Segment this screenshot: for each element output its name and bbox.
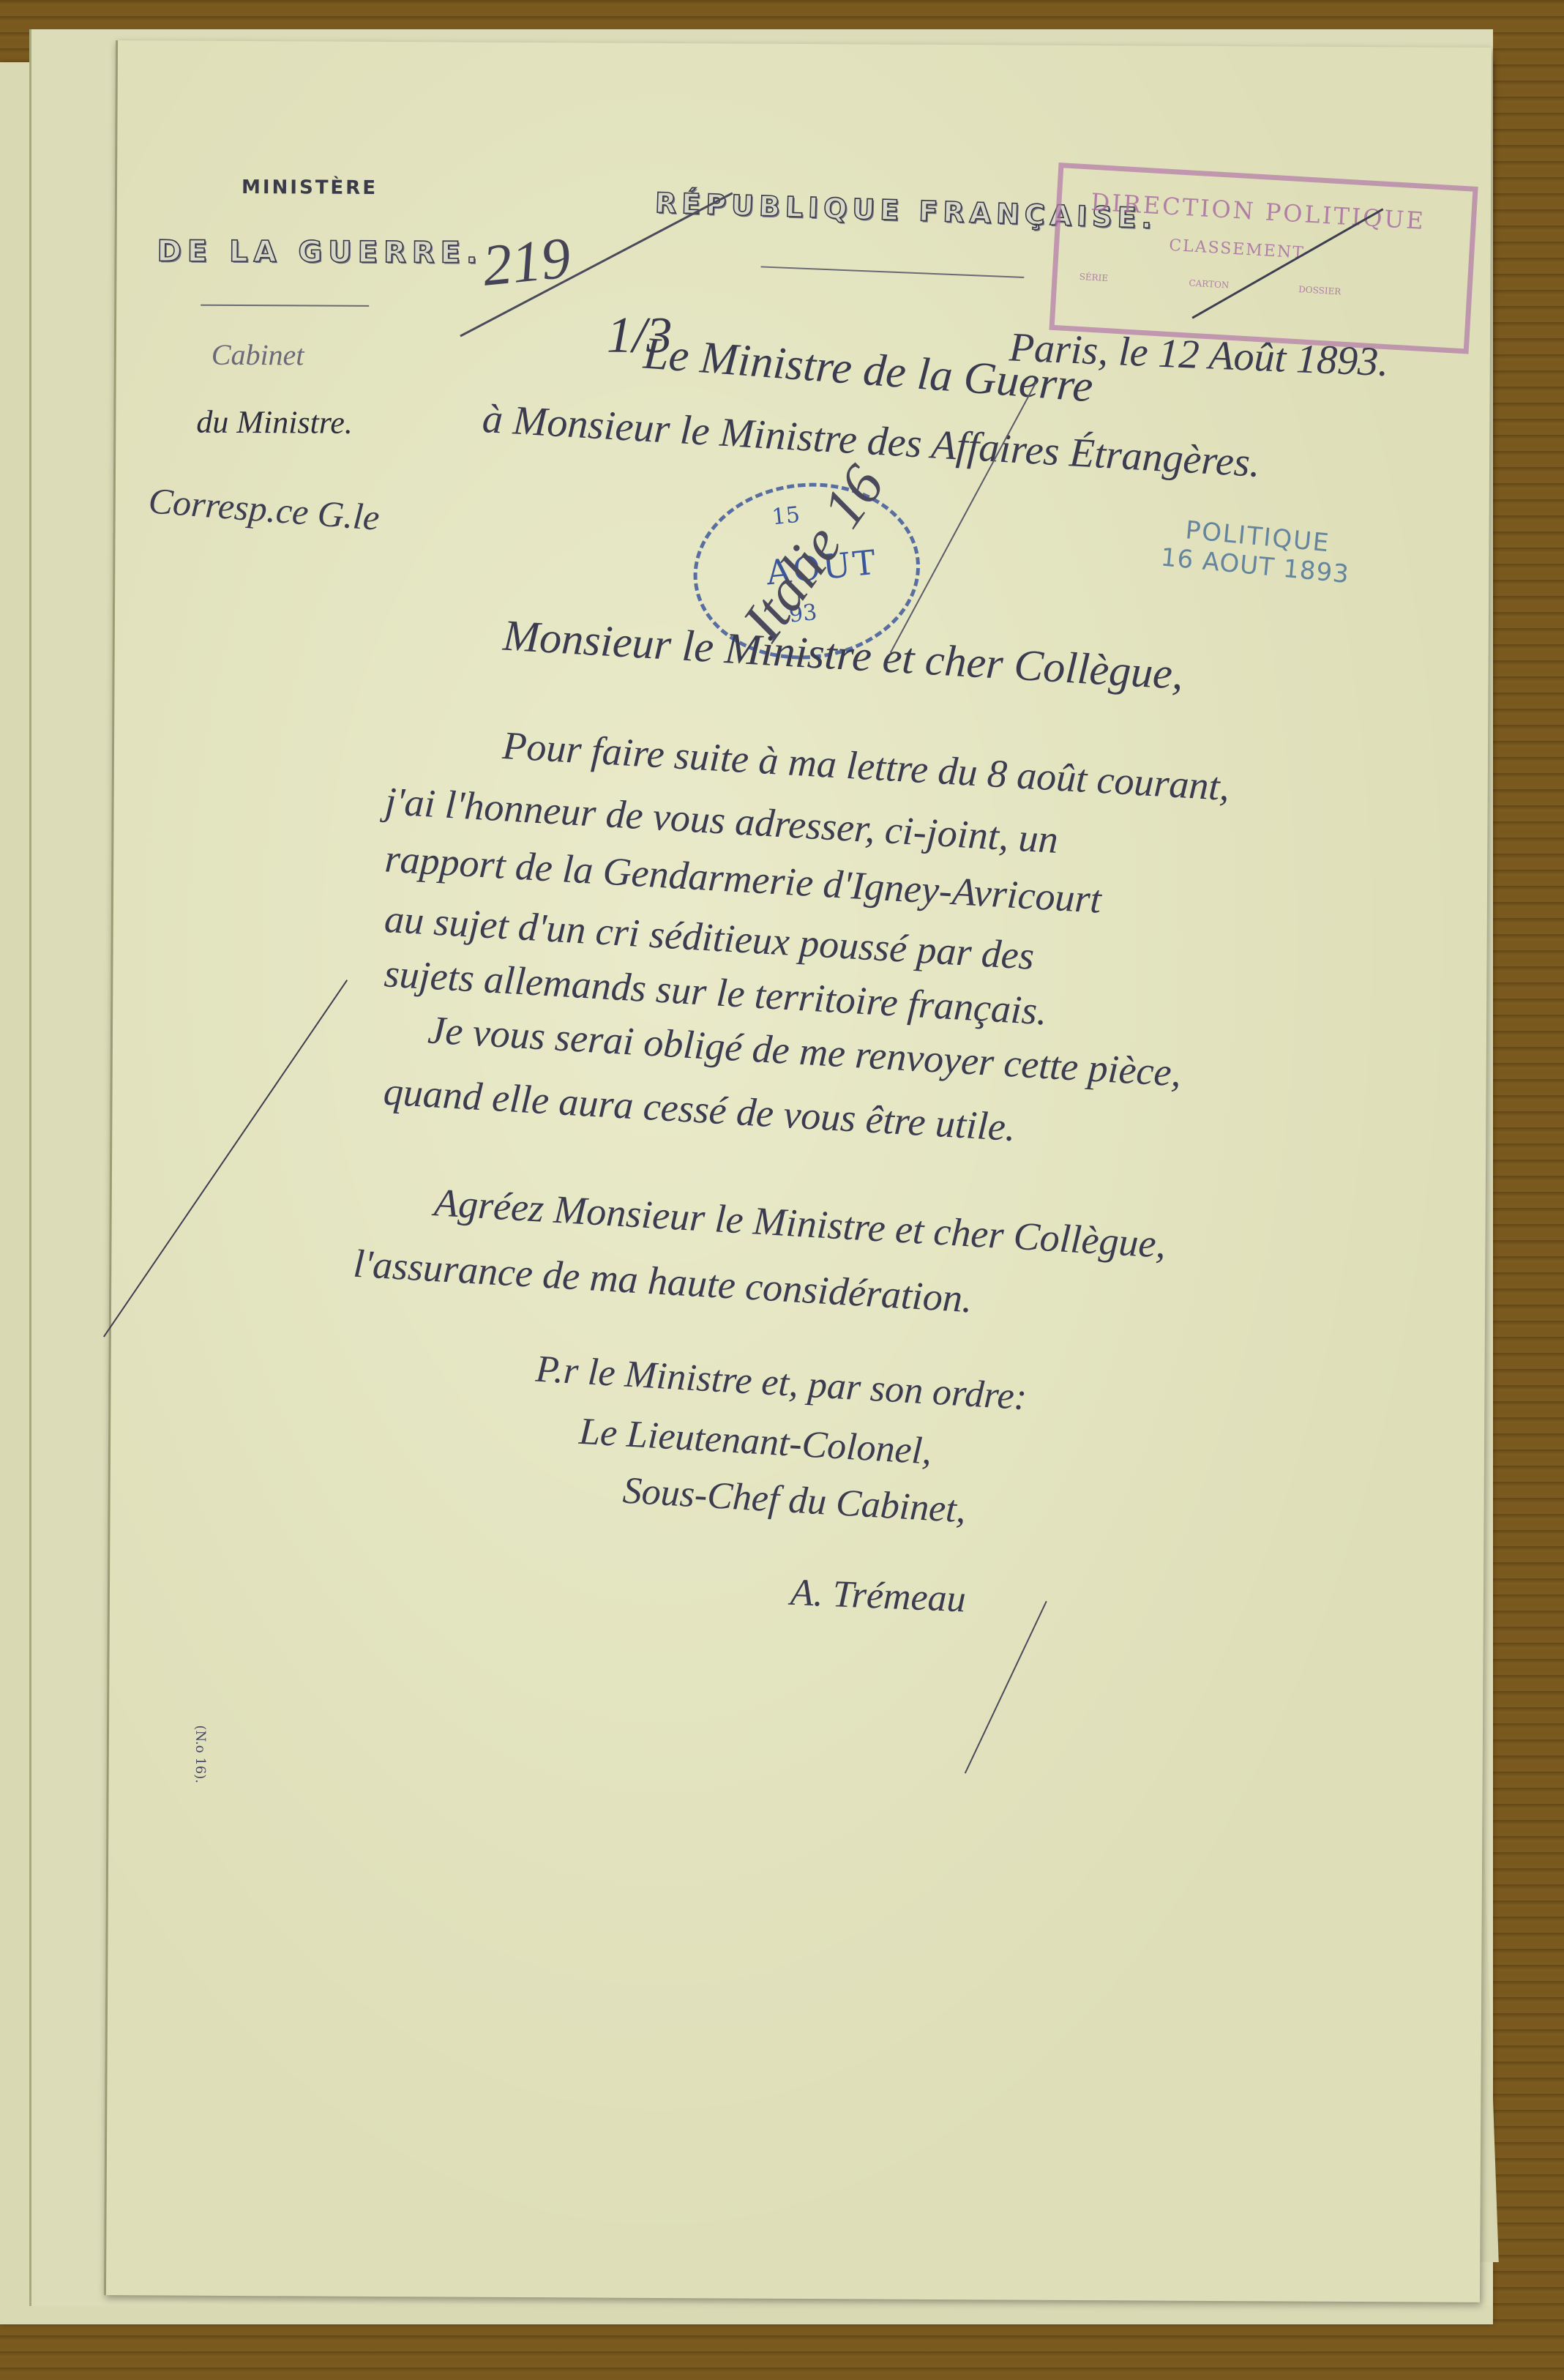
- classification-stamp: DIRECTION POLITIQUE CLASSEMENT SÉRIE CAR…: [1049, 163, 1478, 354]
- form-number: (N.o 16).: [192, 1725, 208, 1783]
- department-du-ministre: du Ministre.: [196, 403, 353, 441]
- letter-page: MINISTÈRE DE LA GUERRE. RÉPUBLIQUE FRANÇ…: [104, 40, 1492, 2302]
- reference-number: 219: [479, 225, 573, 299]
- closing-line-2: l'assurance de ma haute considération.: [352, 1241, 973, 1322]
- letterhead-rule-left: [201, 305, 369, 307]
- stamp-classement: CLASSEMENT: [1169, 236, 1306, 263]
- signature-block-line-1: P.r le Ministre et, par son ordre:: [534, 1348, 1028, 1420]
- letterhead-ministere: MINISTÈRE: [242, 176, 378, 199]
- stamp-field-serie: SÉRIE: [1079, 272, 1108, 283]
- signature-flourish: [965, 1601, 1047, 1774]
- signature-block-line-3: Sous-Chef du Cabinet,: [621, 1469, 967, 1532]
- letterhead-de-la-guerre: DE LA GUERRE.: [157, 234, 483, 269]
- stamp-field-carton: CARTON: [1189, 278, 1230, 291]
- service-annotation: Corresp.ce G.le: [147, 479, 381, 539]
- received-stamp: POLITIQUE 16 AOUT 1893: [1159, 514, 1353, 590]
- signature-block-line-2: Le Lieutenant-Colonel,: [578, 1410, 933, 1474]
- stamp-field-dossier: DOSSIER: [1298, 284, 1342, 296]
- department-cabinet: Cabinet: [212, 337, 304, 373]
- signature: A. Trémeau: [790, 1571, 967, 1622]
- letterhead-rule-right: [761, 266, 1025, 277]
- margin-diagonal-line: [103, 980, 348, 1338]
